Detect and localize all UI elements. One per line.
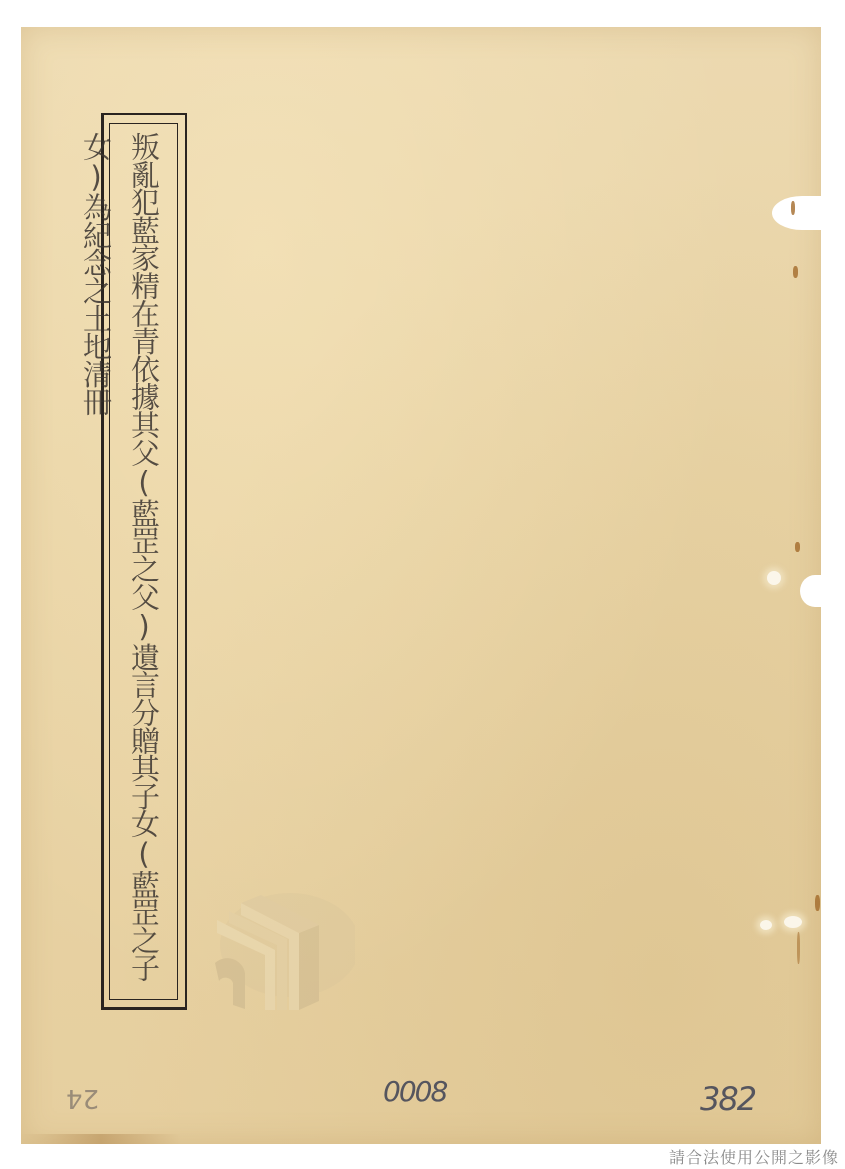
rust-stain xyxy=(791,201,795,215)
edge-stain xyxy=(21,1134,181,1144)
rust-stain xyxy=(815,895,820,911)
paper-hole xyxy=(784,916,802,928)
document-title: 叛亂犯藍家精在青依據其父(藍罡之父)遺言分贈其子女(藍罡之子女)為紀念之土地清冊 xyxy=(120,132,168,992)
rust-stain xyxy=(793,266,798,278)
paper-hole xyxy=(767,571,781,585)
paper-hole xyxy=(760,920,772,930)
paper-tear xyxy=(800,575,830,607)
rust-stain xyxy=(795,542,800,552)
pencil-mark: 24 xyxy=(66,1083,99,1113)
paper-tear xyxy=(772,196,832,230)
usage-notice: 請合法使用公開之影像 xyxy=(669,1145,839,1168)
rust-stain xyxy=(797,932,800,964)
archive-books-logo-icon xyxy=(195,875,355,1015)
archive-page-number: 382 xyxy=(700,1080,755,1118)
page-sequence-number: 0008 xyxy=(383,1075,446,1108)
